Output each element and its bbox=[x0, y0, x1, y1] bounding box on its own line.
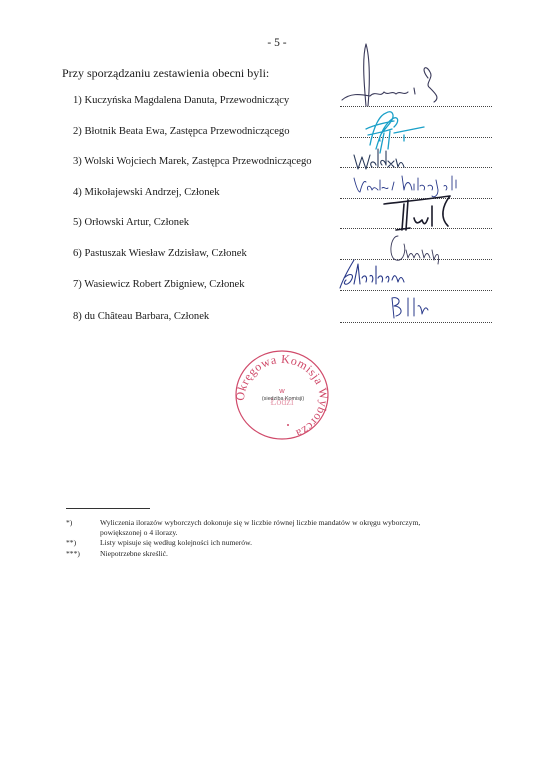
member-name: 2) Błotnik Beata Ewa, Zastępca Przewodni… bbox=[73, 126, 290, 137]
footnote-separator bbox=[66, 508, 150, 509]
member-row: 6) Pastuszak Wiesław Zdzisław, Członek bbox=[73, 248, 503, 264]
signature-line bbox=[340, 137, 492, 138]
member-row: 7) Wasiewicz Robert Zbigniew, Członek bbox=[73, 279, 503, 295]
member-row: 1) Kuczyńska Magdalena Danuta, Przewodni… bbox=[73, 95, 503, 111]
member-name: 7) Wasiewicz Robert Zbigniew, Członek bbox=[73, 279, 245, 290]
official-stamp: Okręgowa Komisja Wyborcza w Łodzi (siedz… bbox=[226, 345, 338, 447]
member-row: 4) Mikołajewski Andrzej, Członek bbox=[73, 187, 503, 203]
signature-line bbox=[340, 106, 492, 107]
footnotes: *) Wyliczenia ilorazów wyborczych dokonu… bbox=[66, 518, 496, 559]
signature-line bbox=[340, 290, 492, 291]
footnote-continuation: powiększonej o 4 ilorazy. bbox=[66, 528, 496, 538]
footnote: *) Wyliczenia ilorazów wyborczych dokonu… bbox=[66, 518, 496, 528]
svg-text:w: w bbox=[278, 386, 285, 395]
signature-line bbox=[340, 259, 492, 260]
member-row: 8) du Château Barbara, Członek bbox=[73, 311, 503, 327]
member-row: 5) Orłowski Artur, Członek bbox=[73, 217, 503, 233]
member-name: 4) Mikołajewski Andrzej, Członek bbox=[73, 187, 220, 198]
intro-text: Przy sporządzaniu zestawienia obecni byl… bbox=[62, 66, 269, 81]
member-row: 2) Błotnik Beata Ewa, Zastępca Przewodni… bbox=[73, 126, 503, 142]
signature-line bbox=[340, 167, 492, 168]
signature-line bbox=[340, 198, 492, 199]
svg-text:(siedziba Komisji): (siedziba Komisji) bbox=[262, 396, 304, 402]
member-name: 6) Pastuszak Wiesław Zdzisław, Członek bbox=[73, 248, 247, 259]
member-name: 8) du Château Barbara, Członek bbox=[73, 311, 209, 322]
member-name: 1) Kuczyńska Magdalena Danuta, Przewodni… bbox=[73, 95, 289, 106]
member-name: 5) Orłowski Artur, Członek bbox=[73, 217, 189, 228]
footnote: **) Listy wpisuje się według kolejności … bbox=[66, 538, 496, 548]
member-row: 3) Wolski Wojciech Marek, Zastępca Przew… bbox=[73, 156, 503, 172]
signature-line bbox=[340, 228, 492, 229]
signature-line bbox=[340, 322, 492, 323]
footnote: ***) Niepotrzebne skreślić. bbox=[66, 549, 496, 559]
member-name: 3) Wolski Wojciech Marek, Zastępca Przew… bbox=[73, 156, 312, 167]
page-number: - 5 - bbox=[0, 37, 540, 49]
